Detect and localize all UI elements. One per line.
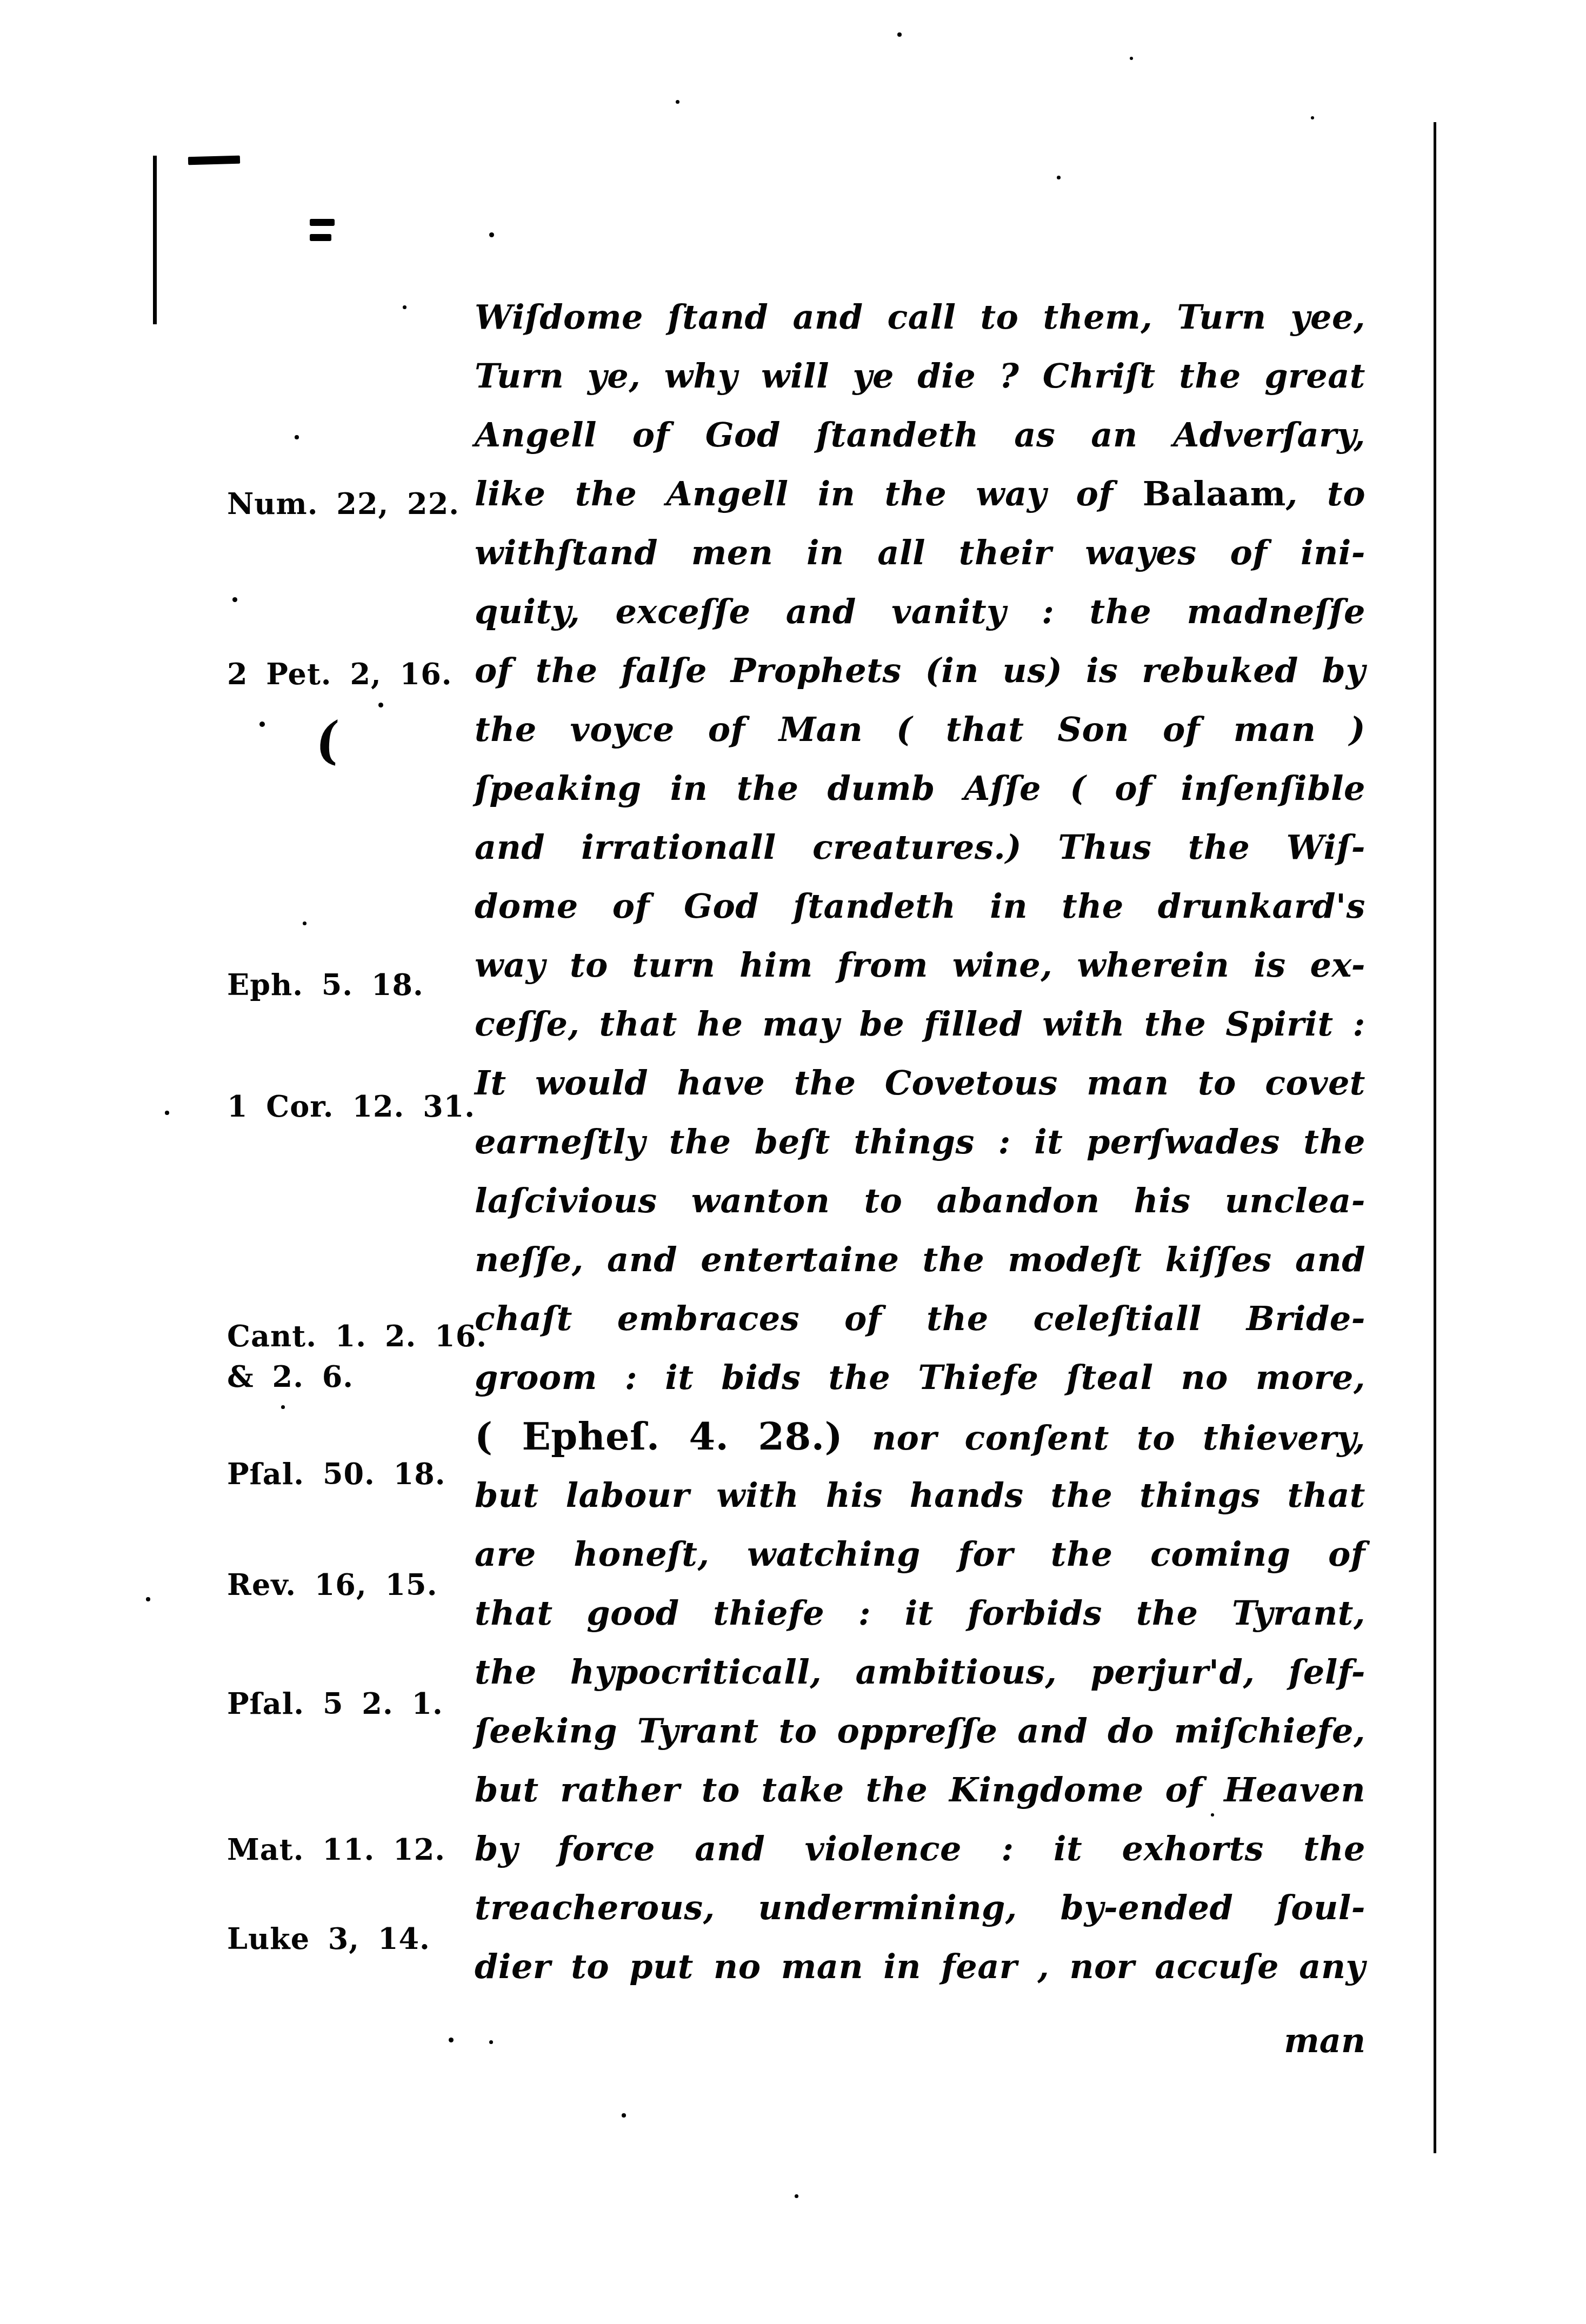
scripture-inset-roman: ( Epheſ. 4. 28.) <box>475 1414 872 1459</box>
body-line: and irrationall creatures.) Thus the Wiſ… <box>475 818 1365 877</box>
margin-note: Num. 22, 22. <box>227 486 459 521</box>
body-line: like the Angell in the way of Balaam, to <box>475 464 1365 523</box>
equals-mark <box>310 219 335 249</box>
body-line-roman-segment: Balaam <box>1143 474 1286 513</box>
ink-speck <box>1311 116 1314 119</box>
body-line: but rather to take the Kingdome of Heave… <box>475 1760 1365 1819</box>
stray-paren-mark: ( <box>311 711 343 772</box>
ink-speck <box>259 722 265 727</box>
ink-speck <box>281 1405 285 1409</box>
ink-speck <box>165 1111 169 1115</box>
body-line: way to turn him from wine, wherein is ex… <box>475 936 1365 994</box>
body-line-segment: nor conſent to thievery, <box>872 1418 1365 1458</box>
ink-speck <box>295 435 299 439</box>
body-line: ſeeking Tyrant to oppreſſe and do miſchi… <box>475 1701 1365 1760</box>
body-line: Turn ye, why will ye die ? Chriſt the gr… <box>475 346 1365 405</box>
body-line: dier to put no man in fear , nor accuſe … <box>475 1937 1365 1996</box>
body-line: laſcivious wanton to abandon his unclea- <box>475 1171 1365 1230</box>
margin-note: 1 Cor. 12. 31. <box>227 1089 475 1124</box>
body-line-segment: like the Angell in the way of <box>475 474 1143 513</box>
body-text: Wiſdome ſtand and call to them, Turn yee… <box>475 288 1365 2070</box>
body-line: the hypocriticall, ambitious, perjur'd, … <box>475 1642 1365 1701</box>
ink-speck <box>1130 57 1133 60</box>
body-line: groom : it bids the Thiefe ſteal no more… <box>475 1348 1365 1407</box>
catchword: man <box>475 2011 1365 2070</box>
body-line: the voyce of Man ( that Son of man ) <box>475 700 1365 759</box>
margin-note: 2 Pet. 2, 16. <box>227 657 452 691</box>
body-line: Wiſdome ſtand and call to them, Turn yee… <box>475 288 1365 346</box>
body-line: chaſt embraces of the celeſtiall Bride- <box>475 1289 1365 1348</box>
body-line: that good thiefe : it forbids the Tyrant… <box>475 1584 1365 1642</box>
body-line: treacherous, undermining, by-ended ſoul- <box>475 1878 1365 1937</box>
body-line: ( Epheſ. 4. 28.) nor conſent to thievery… <box>475 1407 1365 1466</box>
right-edge-rule <box>1434 122 1436 2153</box>
margin-note: Pſal. 5 2. 1. <box>227 1686 443 1721</box>
body-line: It would have the Covetous man to covet <box>475 1053 1365 1112</box>
margin-note: Luke 3, 14. <box>227 1921 430 1956</box>
ink-speck <box>489 2040 493 2044</box>
margin-note: Pſal. 50. 18. <box>227 1457 446 1491</box>
body-line-segment: , to <box>1286 474 1365 513</box>
ink-speck <box>489 232 494 237</box>
body-line: by force and violence : it exhorts the <box>475 1819 1365 1878</box>
body-line: ceſſe, that he may be filled with the Sp… <box>475 994 1365 1053</box>
ink-speck <box>146 1597 150 1601</box>
ink-speck <box>622 2113 626 2118</box>
body-line: are honeſt, watching for the coming of <box>475 1525 1365 1584</box>
body-line: earneſtly the beſt things : it perſwades… <box>475 1112 1365 1171</box>
body-line: withſtand men in all their wayes of ini- <box>475 523 1365 582</box>
scanned-page: ( Num. 22, 22. 2 Pet. 2, 16. Eph. 5. 18.… <box>0 0 1586 2324</box>
ink-speck <box>1211 1813 1214 1817</box>
body-line: of the falſe Prophets (in us) is rebuked… <box>475 641 1365 700</box>
ink-speck <box>897 32 902 37</box>
body-line: dome of God ſtandeth in the drunkard's <box>475 877 1365 936</box>
body-line: ſpeaking in the dumb Aſſe ( of inſenſibl… <box>475 759 1365 818</box>
ink-speck <box>1057 176 1061 179</box>
margin-note: & 2. 6. <box>227 1359 354 1394</box>
margin-note: Rev. 16, 15. <box>227 1567 437 1602</box>
top-dash-mark <box>188 156 240 165</box>
body-line: neſſe, and entertaine the modeſt kiſſes … <box>475 1230 1365 1289</box>
body-line: but labour with his hands the things tha… <box>475 1466 1365 1525</box>
margin-note: Cant. 1. 2. 16. <box>227 1319 487 1353</box>
ink-speck <box>403 305 407 309</box>
margin-note: Mat. 11. 12. <box>227 1832 445 1867</box>
ink-speck <box>795 2194 798 2198</box>
ink-speck <box>303 921 306 925</box>
body-line: Angell of God ſtandeth as an Adverſary, <box>475 405 1365 464</box>
left-edge-rule <box>153 156 157 324</box>
ink-speck <box>378 703 383 707</box>
ink-speck <box>449 2038 454 2042</box>
ink-speck <box>676 100 679 104</box>
margin-note: Eph. 5. 18. <box>227 967 424 1002</box>
body-line: quity, exceſſe and vanity : the madneſſe <box>475 582 1365 641</box>
ink-speck <box>232 597 237 602</box>
